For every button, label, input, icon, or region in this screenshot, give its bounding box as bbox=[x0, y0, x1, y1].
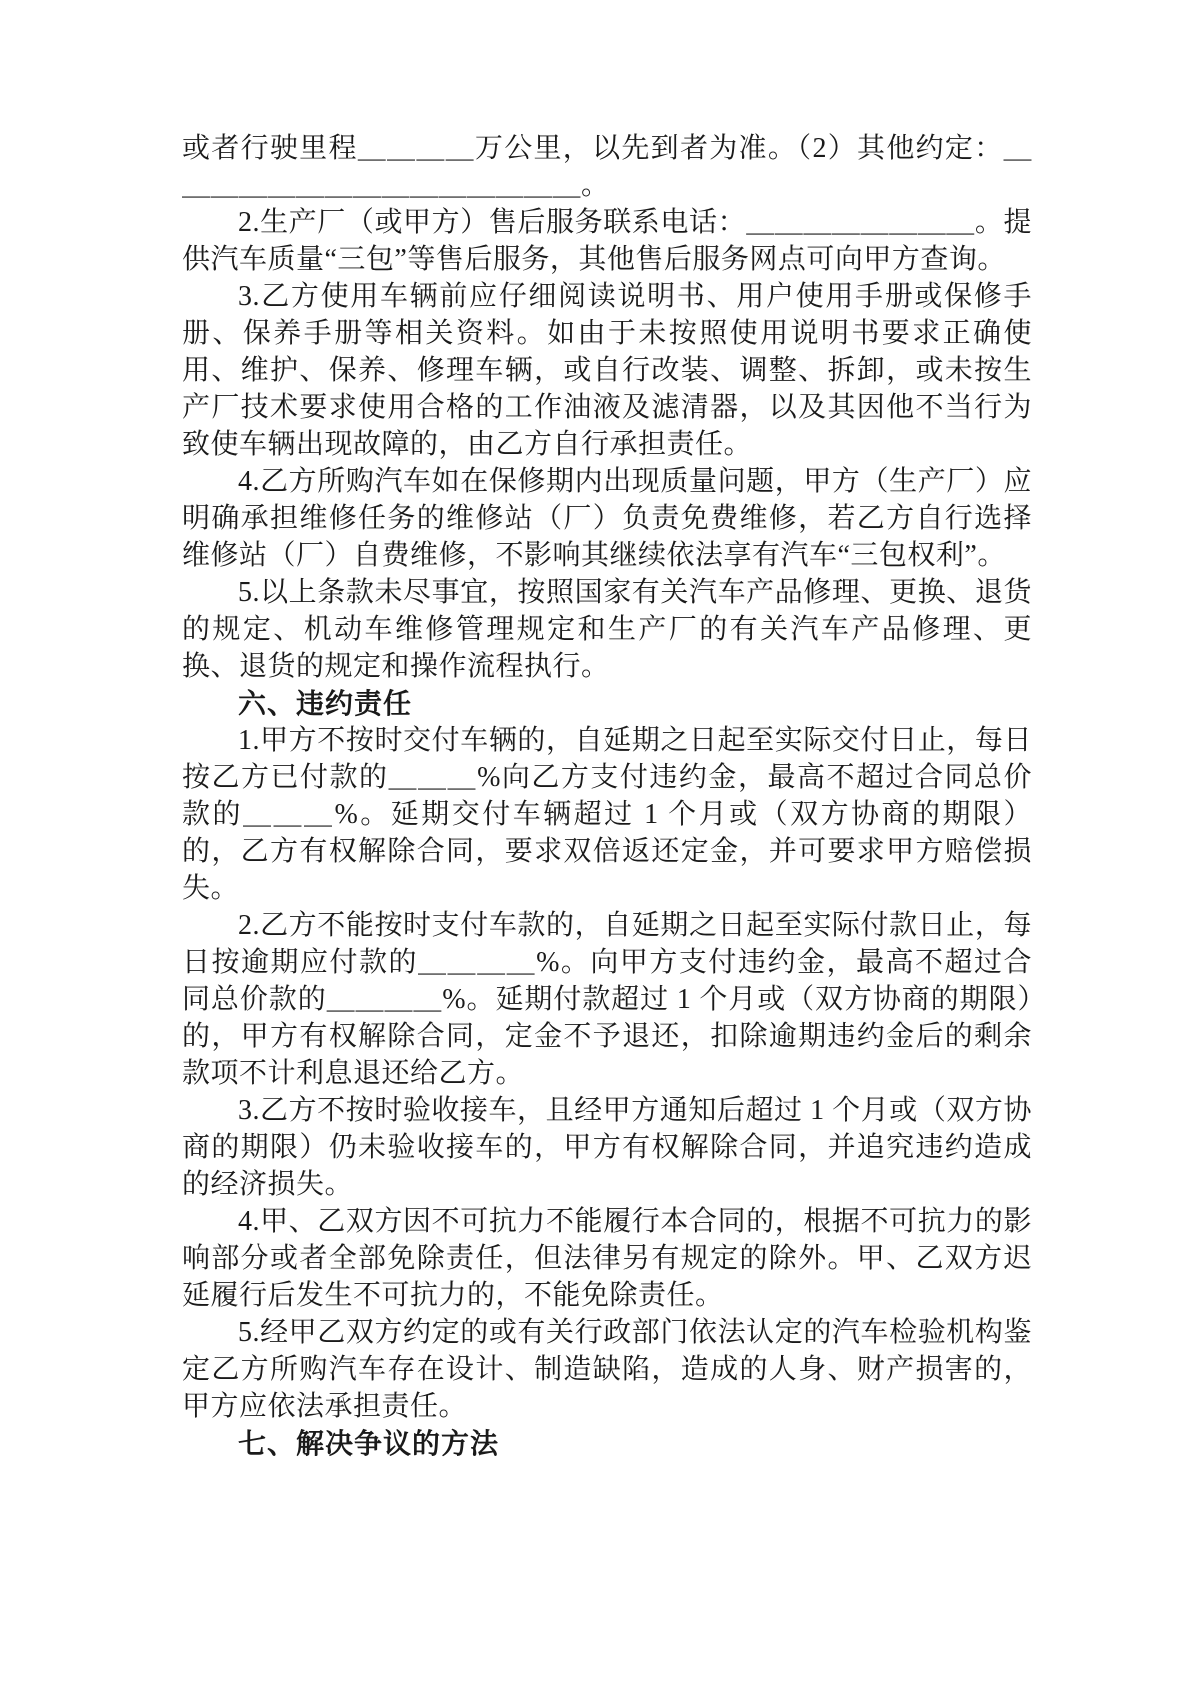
clause-breach-party-a-late-delivery: 1.甲方不按时交付车辆的，自延期之日起至实际交付日止，每日按乙方已付款的＿＿＿%… bbox=[182, 722, 1032, 907]
clause-breach-party-b-late-payment: 2.乙方不能按时支付车款的，自延期之日起至实际付款日止，每日按逾期应付款的＿＿＿… bbox=[182, 907, 1032, 1092]
clause-warranty-repair: 4.乙方所购汽车如在保修期内出现质量问题，甲方（生产厂）应明确承担维修任务的维修… bbox=[182, 463, 1032, 574]
section-heading-dispute-resolution: 七、解决争议的方法 bbox=[182, 1425, 1032, 1462]
clause-warranty-mileage-continuation: 或者行驶里程＿＿＿＿万公里，以先到者为准。（2）其他约定：＿＿＿＿＿＿＿＿＿＿＿… bbox=[182, 130, 1032, 204]
clause-force-majeure: 4.甲、乙双方因不可抗力不能履行本合同的，根据不可抗力的影响部分或者全部免除责任… bbox=[182, 1203, 1032, 1314]
contract-document-page: 或者行驶里程＿＿＿＿万公里，以先到者为准。（2）其他约定：＿＿＿＿＿＿＿＿＿＿＿… bbox=[0, 0, 1200, 1696]
clause-breach-late-acceptance: 3.乙方不按时验收接车，且经甲方通知后超过 1 个月或（双方协商的期限）仍未验收… bbox=[182, 1092, 1032, 1203]
clause-defect-liability: 5.经甲乙双方约定的或有关行政部门依法认定的汽车检验机构鉴定乙方所购汽车存在设计… bbox=[182, 1314, 1032, 1425]
clause-remaining-terms: 5.以上条款未尽事宜，按照国家有关汽车产品修理、更换、退货的规定、机动车维修管理… bbox=[182, 574, 1032, 685]
section-heading-breach-liability: 六、违约责任 bbox=[182, 685, 1032, 722]
clause-after-sales-phone: 2.生产厂（或甲方）售后服务联系电话：＿＿＿＿＿＿＿＿。提供汽车质量“三包”等售… bbox=[182, 204, 1032, 278]
clause-usage-responsibility: 3.乙方使用车辆前应仔细阅读说明书、用户使用手册或保修手册、保养手册等相关资料。… bbox=[182, 278, 1032, 463]
contract-text-block: 或者行驶里程＿＿＿＿万公里，以先到者为准。（2）其他约定：＿＿＿＿＿＿＿＿＿＿＿… bbox=[182, 130, 1032, 1462]
